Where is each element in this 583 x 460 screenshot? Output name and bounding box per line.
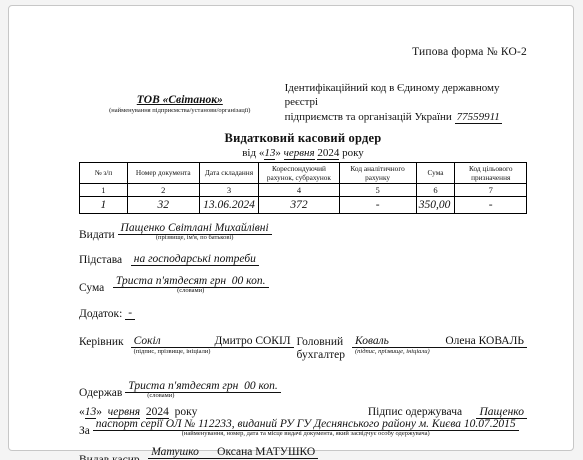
col-header: Номер документа — [127, 162, 199, 183]
cell-account: 372 — [259, 197, 339, 214]
cell-seq: 1 — [80, 197, 128, 214]
oderzhav-caption: (словами) — [147, 392, 281, 399]
col-number: 5 — [339, 184, 416, 197]
passport-value: паспорт серії ОЛ № 112233, виданий РУ ГУ… — [93, 418, 519, 431]
buhgalter-signature: Коваль — [355, 335, 389, 347]
kerivnyk-caption: (підпис, прізвище, ініціали) — [134, 348, 294, 355]
vydaty-row: Видати Пащенко Світлані Михайлівні (пріз… — [79, 222, 527, 241]
pidstava-row: Підстава на господарські потреби — [79, 253, 527, 266]
dodatok-row: Додаток: - — [79, 307, 527, 320]
buhgalter-name: Олена КОВАЛЬ — [445, 335, 524, 347]
kasyr-signature-field: Матушко Оксана МАТУШКО — [148, 446, 318, 459]
document-page: Типова форма № КО-2 ТОВ «Світанок» (найм… — [8, 5, 574, 451]
col-header: Дата складання — [199, 162, 258, 183]
buhgalter-signature-field: Коваль Олена КОВАЛЬ — [352, 335, 527, 348]
id-code-line2: підприємств та організацій України — [285, 111, 452, 123]
col-header: Код аналітичного рахунку — [339, 162, 416, 183]
company-block: ТОВ «Світанок» (найменування підприємств… — [79, 81, 281, 124]
kerivnyk-signature-field: Сокіл Дмитро СОКІЛ — [131, 335, 294, 348]
col-header: Кореспондуючий рахунок, субрахунок — [259, 162, 339, 183]
table-header-row: № з/п Номер документа Дата складання Кор… — [80, 162, 527, 183]
cell-analytic-code: - — [339, 197, 416, 214]
order-table: № з/п Номер документа Дата складання Кор… — [79, 162, 527, 214]
receipt-date-row: «13» червня 2024 року Підпис одержувача … — [79, 406, 527, 418]
oderzhav-row: Одержав Триста п'ятдесят грн 00 коп. (сл… — [79, 380, 527, 399]
vydaty-label: Видати — [79, 229, 115, 241]
oderzhav-label: Одержав — [79, 387, 122, 399]
col-number: 2 — [127, 184, 199, 197]
date-day: 13 — [264, 147, 275, 160]
date-suffix: року — [342, 147, 364, 159]
passport-row: За паспорт серії ОЛ № 112233, виданий РУ… — [79, 418, 527, 437]
company-name: ТОВ «Світанок» — [79, 94, 281, 106]
cell-date: 13.06.2024 — [199, 197, 258, 214]
suma-caption: (словами) — [113, 287, 269, 294]
company-caption: (найменування підприємства/установи/орга… — [79, 107, 281, 114]
dodatok-value: - — [125, 307, 135, 320]
col-number: 4 — [259, 184, 339, 197]
col-header: № з/п — [80, 162, 128, 183]
suma-label: Сума — [79, 282, 104, 294]
screen-background: Типова форма № КО-2 ТОВ «Світанок» (найм… — [0, 0, 583, 460]
kerivnyk-name: Дмитро СОКІЛ — [215, 335, 291, 347]
oderzhav-value: Триста п'ятдесят грн 00 коп. — [125, 380, 281, 393]
recipient-signature-group: Підпис одержувача Пащенко — [368, 406, 527, 418]
date-month: червня — [284, 147, 315, 160]
col-number: 6 — [416, 184, 455, 197]
col-header: Сума — [416, 162, 455, 183]
col-number: 1 — [80, 184, 128, 197]
id-code-line1: Ідентифікаційний код в Єдиному державном… — [285, 82, 500, 108]
za-label: За — [79, 425, 90, 437]
signatures-row: Керівник Сокіл Дмитро СОКІЛ (підпис, прі… — [79, 335, 527, 362]
kerivnyk-label: Керівник — [79, 335, 124, 348]
col-number: 7 — [455, 184, 527, 197]
col-header: Код цільового призначення — [455, 162, 527, 183]
kasyr-row: Видав касир Матушко Оксана МАТУШКО (підп… — [79, 446, 527, 460]
pidstava-value: на господарські потреби — [131, 253, 259, 266]
document-header: ТОВ «Світанок» (найменування підприємств… — [79, 81, 527, 124]
kasyr-name: Оксана МАТУШКО — [217, 446, 315, 458]
kerivnyk-block: Керівник Сокіл Дмитро СОКІЛ (підпис, прі… — [79, 335, 294, 362]
table-data-row: 1 32 13.06.2024 372 - 350,00 - — [80, 197, 527, 214]
id-code-block: Ідентифікаційний код в Єдиному державном… — [281, 81, 527, 124]
date-year: 2024 — [317, 147, 339, 160]
vydaty-caption: (прізвище, ім'я, по батькові) — [118, 234, 272, 241]
dodatok-label: Додаток: — [79, 308, 122, 320]
passport-caption: (найменування, номер, дата та місце вида… — [93, 430, 519, 437]
buhgalter-caption: (підпис, прізвище, ініціали) — [355, 348, 527, 355]
id-code-value: 77559911 — [455, 111, 502, 124]
date-prefix: від — [242, 147, 256, 159]
cell-doc-number: 32 — [127, 197, 199, 214]
document-title: Видатковий касовий ордер — [79, 131, 527, 146]
kasyr-label: Видав касир — [79, 454, 140, 460]
col-number: 3 — [199, 184, 258, 197]
buhgalter-label: Головний бухгалтер — [297, 335, 345, 362]
buhgalter-block: Головний бухгалтер Коваль Олена КОВАЛЬ (… — [297, 335, 527, 362]
receipt-date-suffix: року — [175, 406, 198, 418]
cell-purpose-code: - — [455, 197, 527, 214]
pidstava-label: Підстава — [79, 254, 122, 266]
document-date-line: від «13» червня 2024 року — [79, 147, 527, 159]
pidpys-label: Підпис одержувача — [368, 406, 462, 418]
receipt-date: «13» червня 2024 року — [79, 406, 197, 418]
kerivnyk-signature: Сокіл — [134, 335, 161, 347]
cell-amount: 350,00 — [416, 197, 455, 214]
kasyr-signature: Матушко — [151, 446, 199, 458]
document-content: Типова форма № КО-2 ТОВ «Світанок» (найм… — [9, 6, 573, 460]
suma-row: Сума Триста п'ятдесят грн 00 коп. (слова… — [79, 275, 527, 294]
form-type-label: Типова форма № КО-2 — [79, 46, 527, 58]
table-colnum-row: 1 2 3 4 5 6 7 — [80, 184, 527, 197]
